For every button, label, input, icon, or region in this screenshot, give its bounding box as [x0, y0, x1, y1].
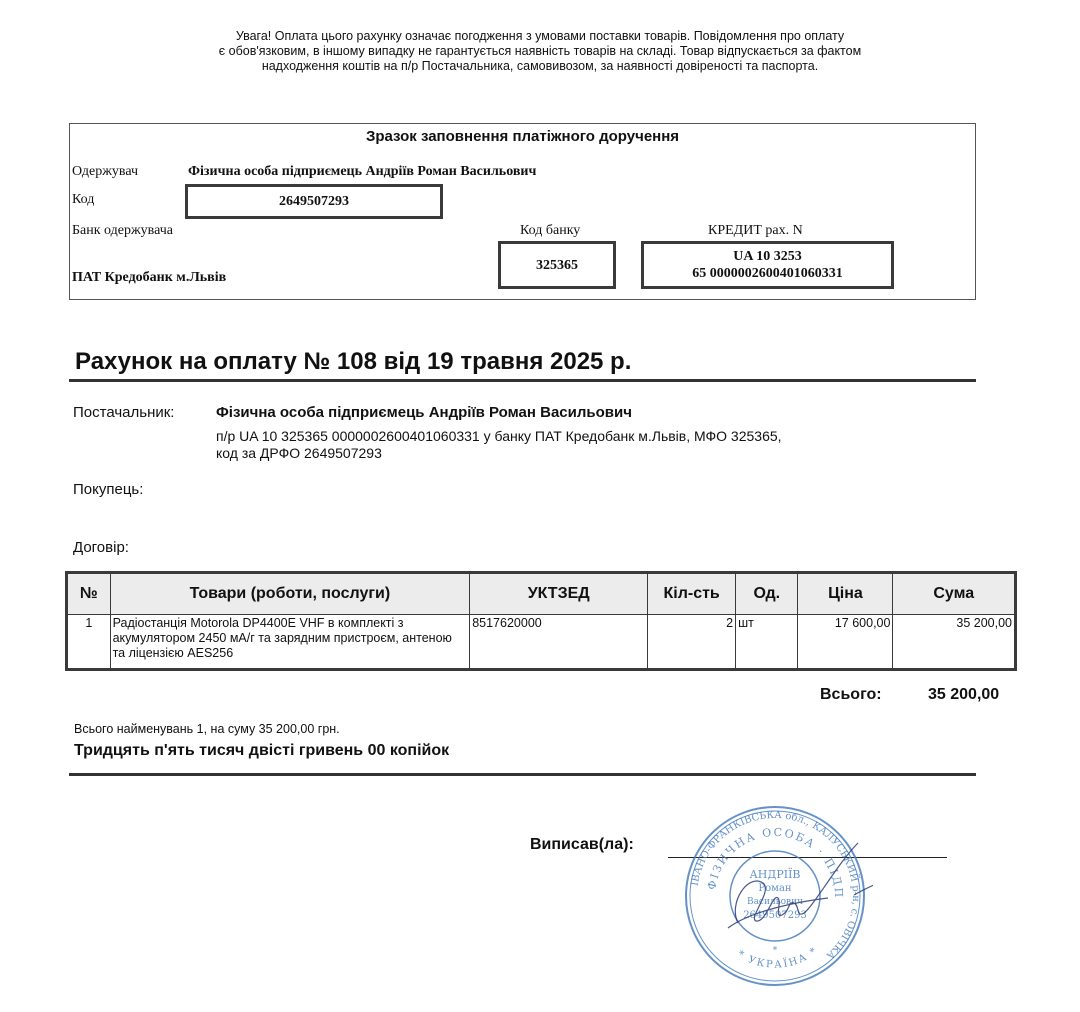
header-price: Ціна — [798, 573, 893, 615]
header-sum: Сума — [893, 573, 1016, 615]
cell-sum: 35 200,00 — [893, 615, 1016, 670]
table-row: 1 Радіостанція Motorola DP4400E VHF в ко… — [67, 615, 1016, 670]
recipient-label: Одержувач — [72, 164, 138, 180]
cell-uktzed: 8517620000 — [470, 615, 648, 670]
amount-in-words: Тридцять п'ять тисяч двісті гривень 00 к… — [74, 742, 449, 760]
credit-account-label: КРЕДИТ рах. N — [708, 223, 803, 239]
contract-label: Договір: — [73, 539, 129, 556]
table-header-row: № Товари (роботи, послуги) УКТЗЕД Кіл-ст… — [67, 573, 1016, 615]
svg-text:* УКРАЇНА *: * УКРАЇНА * — [735, 945, 820, 971]
code-label: Код — [72, 192, 94, 208]
header-quantity: Кіл-сть — [648, 573, 736, 615]
bank-code-label: Код банку — [520, 223, 580, 239]
payment-sample-box: Зразок заповнення платіжного доручення О… — [69, 123, 976, 300]
cell-price: 17 600,00 — [798, 615, 893, 670]
supplier-details-line1: п/р UA 10 325365 0000002600401060331 у б… — [216, 428, 782, 445]
supplier-name: Фізична особа підприємець Андріїв Роман … — [216, 404, 632, 421]
notice-line: є обов'язковим, в іншому випадку не гара… — [100, 44, 980, 59]
svg-text:АНДРІЇВ: АНДРІЇВ — [749, 867, 800, 881]
supplier-label: Постачальник: — [73, 404, 174, 421]
cell-goods: Радіостанція Motorola DP4400E VHF в комп… — [110, 615, 470, 670]
header-unit: Од. — [736, 573, 798, 615]
svg-text:Роман: Роман — [758, 883, 791, 894]
notice-line: Увага! Оплата цього рахунку означає пого… — [100, 29, 980, 44]
total-value: 35 200,00 — [928, 686, 999, 704]
buyer-label: Покупець: — [73, 481, 143, 498]
credit-account-line2: 65 0000002600401060331 — [692, 265, 843, 282]
bank-code-box: 325365 — [498, 241, 616, 289]
invoice-title: Рахунок на оплату № 108 від 19 травня 20… — [75, 348, 631, 376]
cell-unit: шт — [736, 615, 798, 670]
notice-line: надходження коштів на п/р Постачальника,… — [100, 59, 980, 74]
code-value-box: 2649507293 — [185, 184, 443, 219]
header-uktzed: УКТЗЕД — [470, 573, 648, 615]
svg-text:*: * — [773, 946, 778, 956]
bottom-divider — [69, 773, 976, 776]
code-value: 2649507293 — [279, 193, 349, 210]
supplier-details-line2: код за ДРФО 2649507293 — [216, 445, 382, 462]
payment-notice: Увага! Оплата цього рахунку означає пого… — [100, 29, 980, 74]
cell-quantity: 2 — [648, 615, 736, 670]
issued-by-label: Виписав(ла): — [530, 836, 634, 854]
payment-sample-title: Зразок заповнення платіжного доручення — [70, 128, 975, 145]
company-stamp-icon: ІВАНО-ФРАНКІВСЬКА обл., КАЛУСЬКИЙ р-н, с… — [678, 803, 873, 988]
cell-number: 1 — [67, 615, 111, 670]
items-table: № Товари (роботи, послуги) УКТЗЕД Кіл-ст… — [65, 571, 1017, 671]
bank-label: Банк одержувача — [72, 223, 173, 239]
bank-code-value: 325365 — [536, 257, 578, 274]
title-divider — [69, 379, 976, 382]
credit-account-line1: UA 10 3253 — [733, 248, 801, 265]
credit-account-box: UA 10 3253 65 0000002600401060331 — [641, 241, 894, 289]
recipient-value: Фізична особа підприємець Андріїв Роман … — [188, 164, 536, 180]
header-goods: Товари (роботи, послуги) — [110, 573, 470, 615]
total-label: Всього: — [820, 686, 882, 704]
header-number: № — [67, 573, 111, 615]
bank-value: ПАТ Кредобанк м.Львів — [72, 270, 226, 286]
items-summary: Всього найменувань 1, на суму 35 200,00 … — [74, 722, 340, 736]
